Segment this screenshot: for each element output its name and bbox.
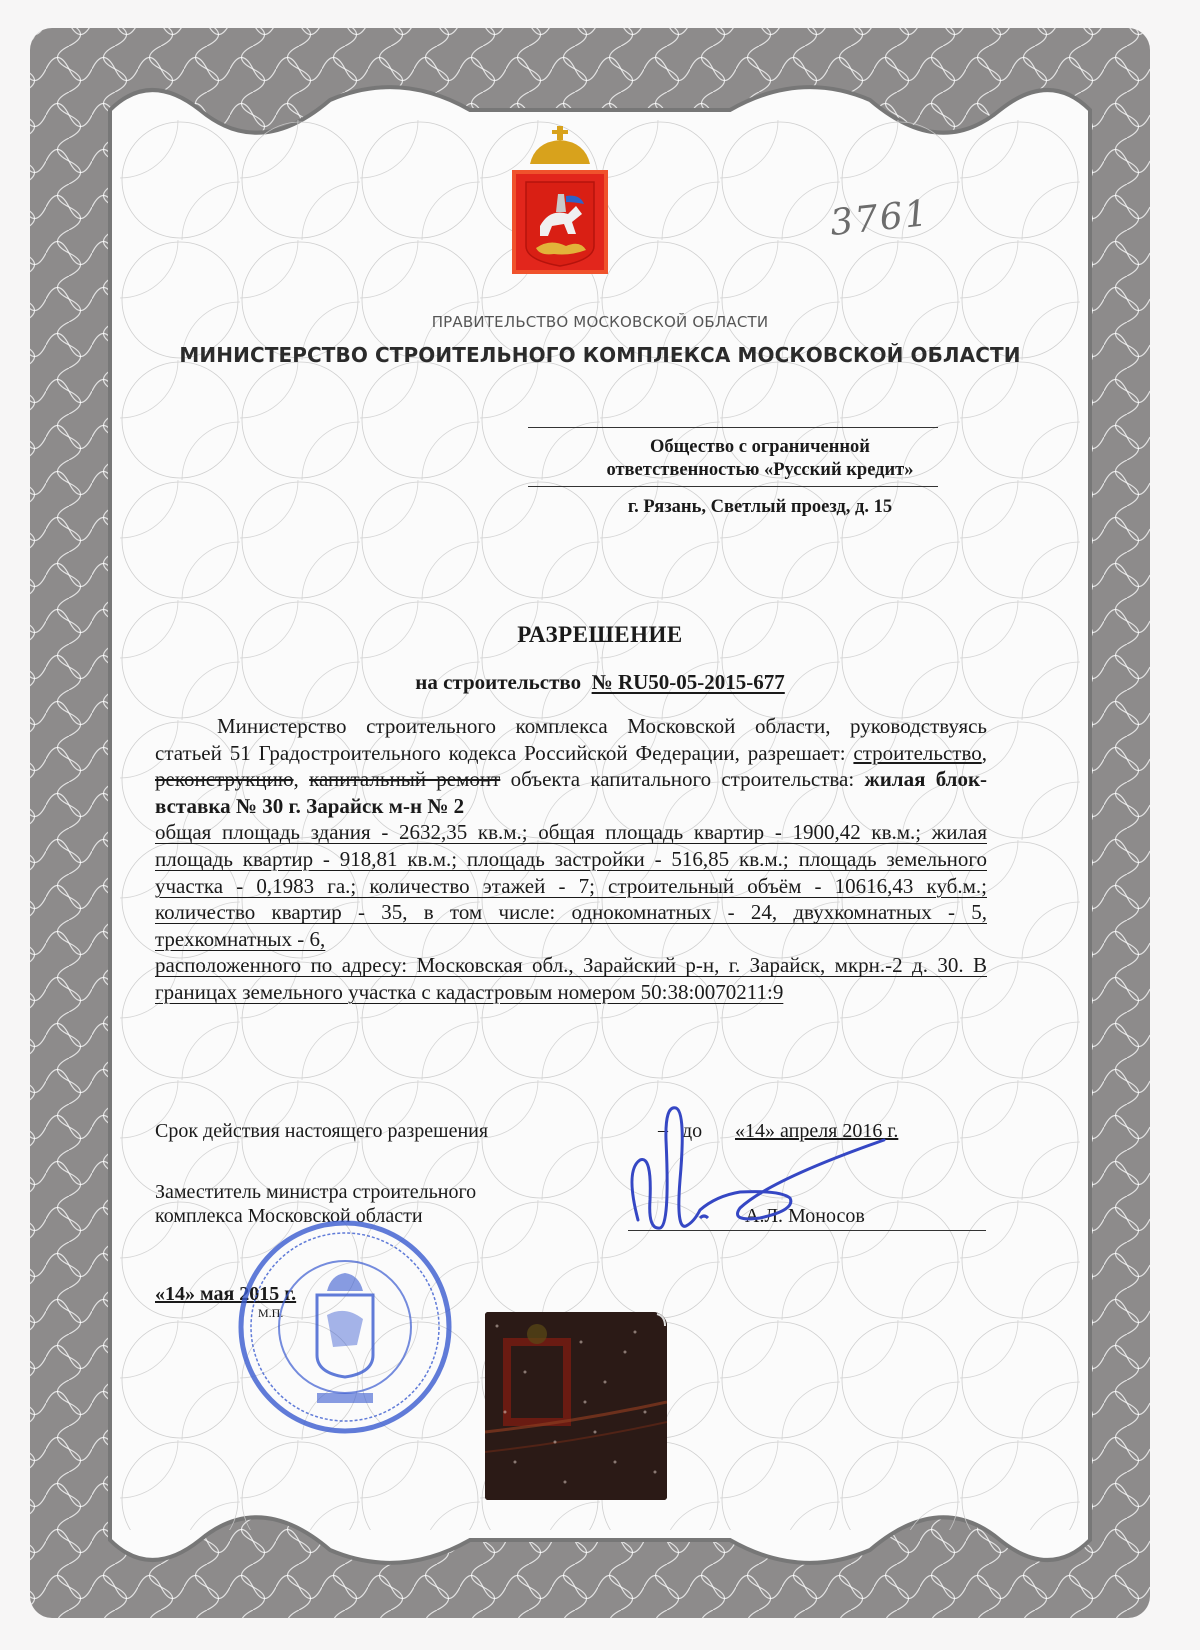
struck-work-type-reconstruction: реконструкцию — [155, 767, 294, 791]
object-address: расположенного по адресу: Московская обл… — [155, 952, 987, 1005]
object-lead: объекта капитального строительства: — [511, 767, 855, 791]
permit-number: № RU50-05-2015-677 — [592, 670, 785, 694]
document-title: РАЗРЕШЕНИЕ — [0, 622, 1200, 648]
handwritten-registry-number: 3761 — [828, 193, 931, 244]
ministry-header: МИНИСТЕРСТВО СТРОИТЕЛЬНОГО КОМПЛЕКСА МОС… — [0, 343, 1200, 367]
subtitle-prefix: на строительство — [415, 670, 581, 694]
struck-work-type-repair: капитальный ремонт — [309, 767, 500, 791]
addressee-mid-rule — [528, 486, 938, 487]
government-header: ПРАВИТЕЛЬСТВО МОСКОВСКОЙ ОБЛАСТИ — [0, 313, 1200, 331]
permit-document: 3761 ПРАВИТЕЛЬСТВО МОСКОВСКОЙ ОБЛАСТИ МИ… — [0, 0, 1200, 1650]
signer-position-line1: Заместитель министра строительного — [155, 1180, 476, 1204]
addressee-name-line1: Общество с ограниченной — [560, 436, 960, 459]
handwritten-signature-icon — [620, 1100, 920, 1240]
permit-body: Министерство строительного комплекса Мос… — [155, 713, 987, 1006]
addressee-name-line2: ответственностью «Русский кредит» — [560, 459, 960, 482]
validity-label: Срок действия настоящего разрешения — [155, 1120, 488, 1143]
addressee-top-rule — [528, 427, 938, 428]
hologram-emblem-icon — [485, 1312, 667, 1500]
object-details: общая площадь здания - 2632,35 кв.м.; об… — [155, 819, 987, 952]
addressee-address: г. Рязань, Светлый проезд, д. 15 — [560, 496, 960, 519]
official-round-stamp-icon — [235, 1215, 455, 1440]
document-subtitle: на строительство № RU50-05-2015-677 — [0, 670, 1200, 695]
allowed-work-type: строительство — [853, 741, 981, 765]
moscow-oblast-coat-of-arms-icon — [510, 122, 610, 282]
hologram-sticker — [485, 1312, 667, 1500]
